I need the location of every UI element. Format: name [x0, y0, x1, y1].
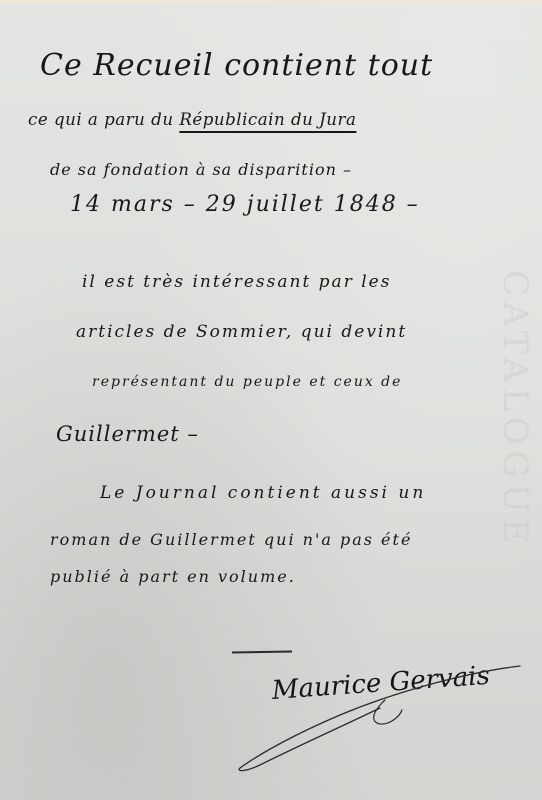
- line-6: articles de Sommier, qui devint: [76, 322, 407, 342]
- line-2-lead: ce qui a paru du: [28, 110, 174, 130]
- show-through-watermark: CATALOGUE: [505, 140, 535, 680]
- line-11: publié à part en volume.: [50, 567, 296, 586]
- line-8: Guillermet –: [56, 422, 199, 446]
- newspaper-title-underlined: Républicain du Jura: [179, 110, 356, 130]
- signature: Maurice Gervais: [271, 661, 491, 706]
- separator-dash: [232, 650, 292, 653]
- line-4-dates: 14 mars – 29 juillet 1848 –: [70, 192, 420, 217]
- line-10: roman de Guillermet qui n'a pas été: [50, 530, 412, 549]
- manuscript-page: CATALOGUE Ce Recueil contient tout ce qu…: [0, 0, 542, 800]
- line-1-heading: Ce Recueil contient tout: [40, 48, 433, 83]
- line-2: ce qui a paru du Républicain du Jura: [28, 110, 356, 130]
- line-5: il est très intéressant par les: [82, 272, 391, 292]
- page-top-edge: [0, 0, 542, 4]
- line-7: représentant du peuple et ceux de: [92, 374, 402, 390]
- line-9: Le Journal contient aussi un: [100, 483, 426, 503]
- line-3: de sa fondation à sa disparition –: [50, 160, 352, 179]
